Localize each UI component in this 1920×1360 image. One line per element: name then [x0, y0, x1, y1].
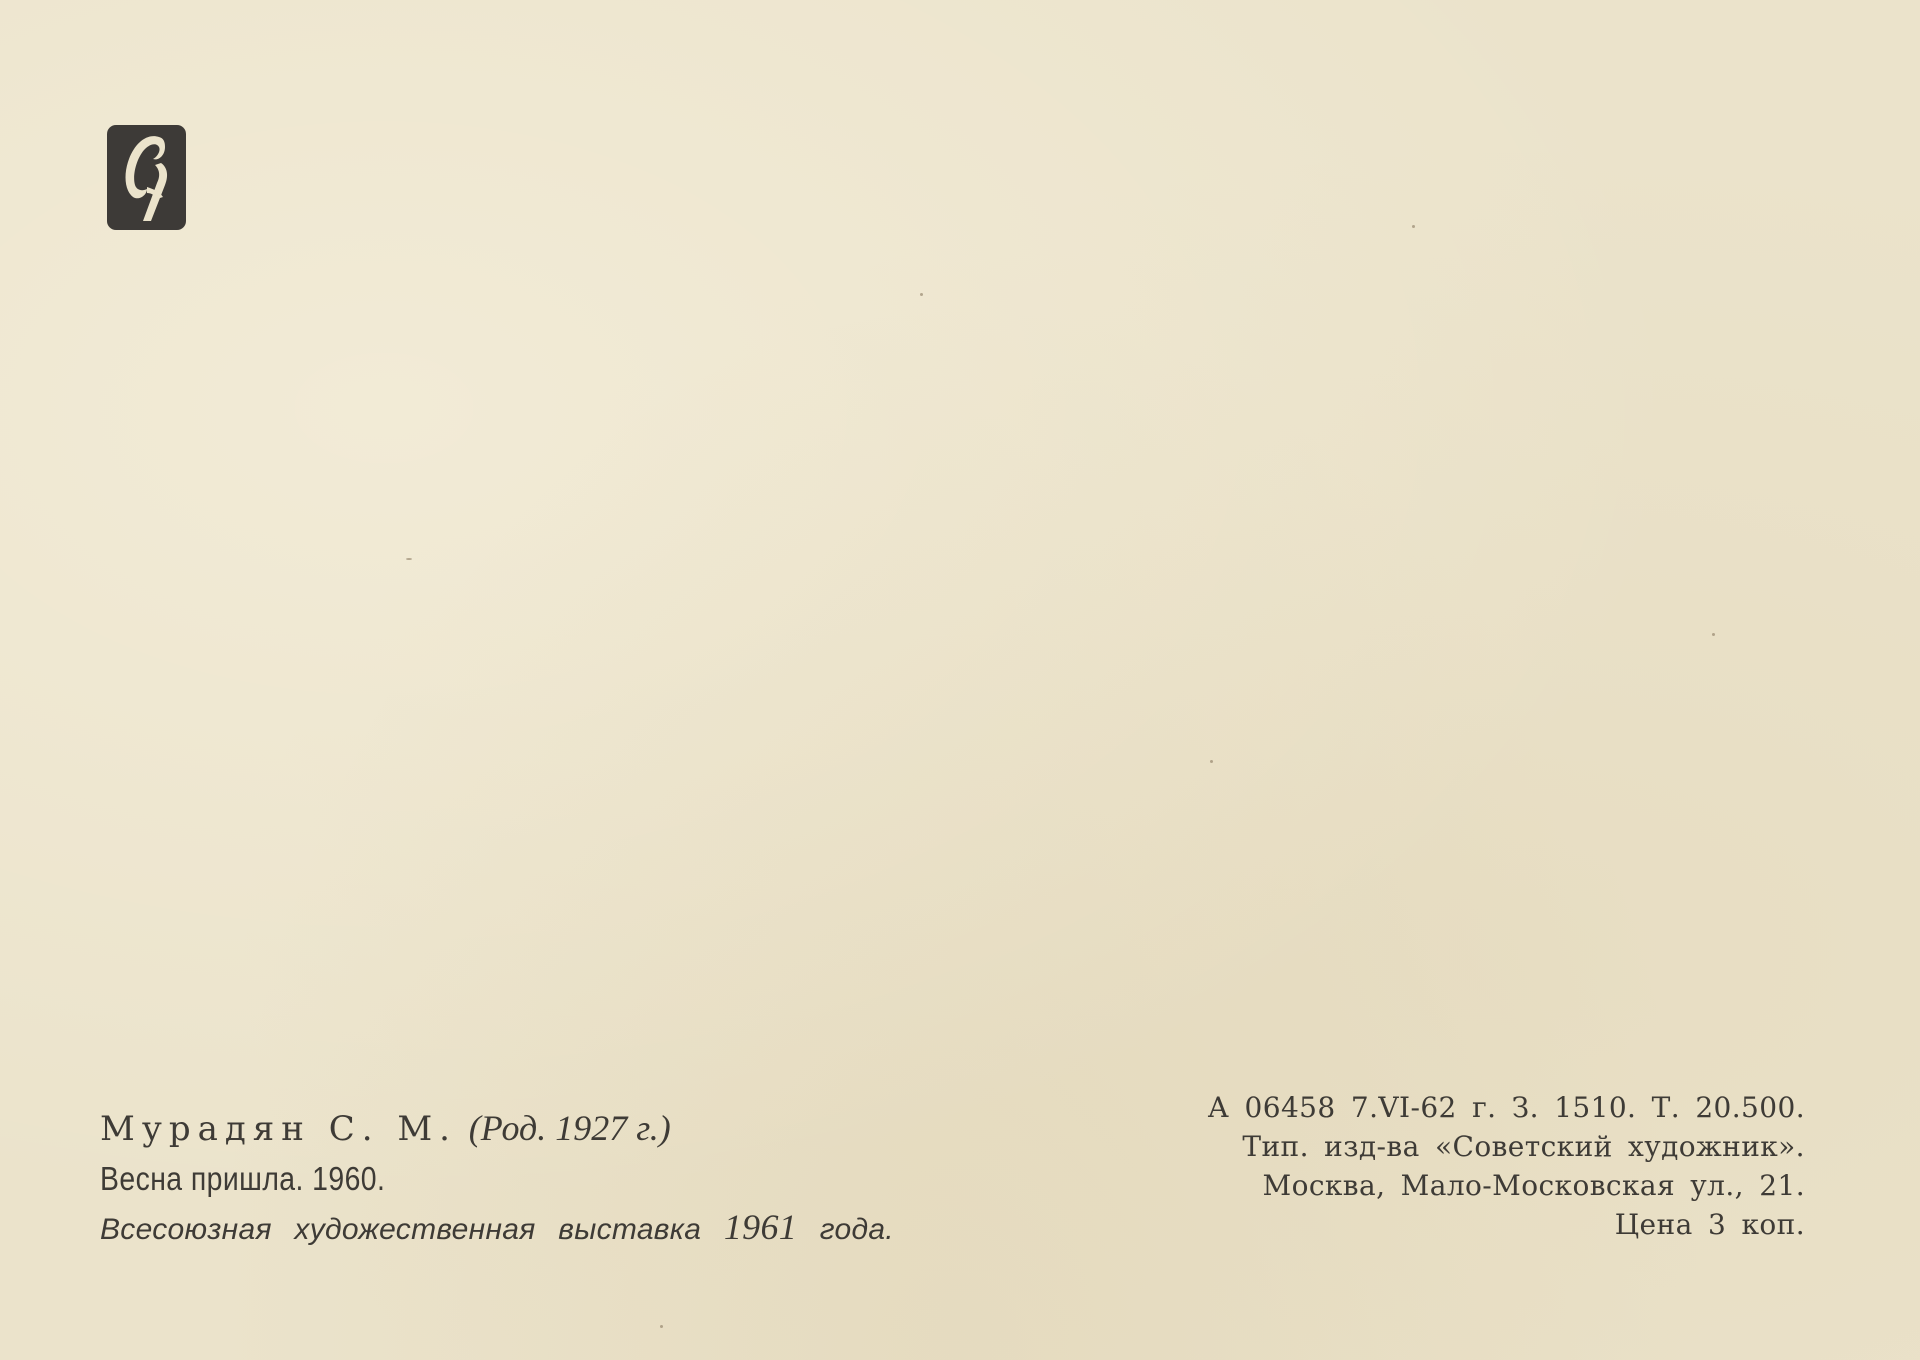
exhibition-line: Всесоюзная художественная выставка 1961 …: [100, 1203, 894, 1254]
imprint-order-line: А 06458 7.VI-62 г. З. 1510. Т. 20.500.: [1208, 1088, 1805, 1127]
printer-imprint: А 06458 7.VI-62 г. З. 1510. Т. 20.500. Т…: [1208, 1088, 1805, 1244]
paper-speck: [1412, 225, 1415, 228]
imprint-publisher-line: Тип. изд-ва «Советский художник».: [1208, 1127, 1805, 1166]
author-line: Мурадян С. М. (Род. 1927 г.): [100, 1104, 894, 1154]
artwork-title: Весна пришла. 1960.: [100, 1154, 783, 1203]
price-label: Цена 3 коп.: [1208, 1205, 1805, 1244]
exhibition-year: 1961: [724, 1207, 797, 1247]
paper-speck: [920, 293, 923, 296]
paper-speck: [1712, 633, 1715, 636]
exhibition-name: Всесоюзная художественная выставка: [100, 1213, 701, 1246]
paper-speck: [1210, 760, 1213, 763]
paper-speck: [660, 1325, 663, 1328]
author-name: Мурадян С. М.: [100, 1109, 457, 1149]
imprint-address-line: Москва, Мало-Московская ул., 21.: [1208, 1166, 1805, 1205]
publisher-monogram-icon: [107, 125, 186, 230]
artwork-caption: Мурадян С. М. (Род. 1927 г.) Весна пришл…: [100, 1104, 894, 1254]
author-birth-year: (Род. 1927 г.): [469, 1108, 671, 1148]
publisher-logo: [107, 125, 186, 230]
exhibition-suffix: года.: [820, 1213, 894, 1246]
paper-speck: [406, 558, 412, 560]
